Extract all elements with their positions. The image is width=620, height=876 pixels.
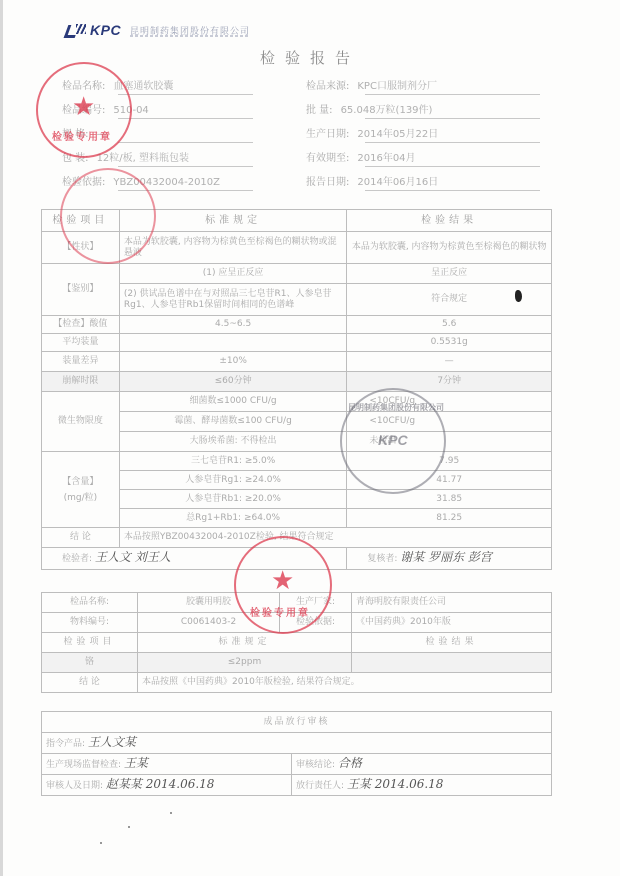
info-value: KPC口服制剂分厂 xyxy=(357,77,437,92)
release-title: 成品放行审核 xyxy=(42,712,552,733)
row-item: 【鉴别】 xyxy=(42,264,120,316)
release-label: 指令产品: xyxy=(46,739,85,749)
info-value: YBZ00432004-2010Z xyxy=(113,177,220,188)
info-value: 2014年06月16日 xyxy=(357,173,438,188)
info-underline xyxy=(365,118,540,119)
info-label: 检品来源: xyxy=(306,77,349,92)
release-signature: 王人文某 xyxy=(88,735,136,749)
material-table: 检品名称: 胶囊用明胶 生产厂家: 青海明胶有限责任公司 物料编号: C0061… xyxy=(41,592,552,693)
info-report-date: 报告日期: 2014年06月16日 xyxy=(306,172,438,188)
header-item: 检验项目 xyxy=(42,633,138,653)
info-value: 12粒/板, 塑料瓶包装 xyxy=(97,149,189,164)
company-logo: KPC xyxy=(66,22,121,38)
header-standard: 标准规定 xyxy=(138,633,352,653)
info-packaging: 包 装: 12粒/板, 塑料瓶包装 xyxy=(62,148,189,164)
row-result: — xyxy=(347,352,552,372)
info-value: — xyxy=(97,129,107,140)
header-result: 检验结果 xyxy=(352,633,552,653)
content-label: 【含量】 xyxy=(62,477,98,487)
header-standard: 标准规定 xyxy=(119,210,347,232)
release-cell: 放行责任人: 王某 2014.06.18 xyxy=(292,775,552,796)
logo-text: KPC xyxy=(90,22,121,38)
material-value: 胶囊用明胶 xyxy=(138,593,280,613)
row-item: 平均装量 xyxy=(42,334,120,352)
info-label: 检品名称: xyxy=(62,77,105,92)
row-standard: 人参皂苷Rb1: ≥20.0% xyxy=(119,490,347,509)
material-value: 青海明胶有限责任公司 xyxy=(352,593,552,613)
signature-row: 检验者: 王人文 刘王人 复核者: 谢某 罗丽东 彭宫 xyxy=(42,548,552,570)
row-result: <10CFU/g xyxy=(347,412,552,432)
row-standard: 人参皂苷Rg1: ≥24.0% xyxy=(119,471,347,490)
scan-speck xyxy=(170,812,172,814)
release-cell: 审核结论: 合格 xyxy=(292,754,552,775)
info-label: 有效期至: xyxy=(306,149,349,164)
material-label: 检验依据: xyxy=(280,613,352,633)
reviewer-signature: 谢某 罗丽东 彭宫 xyxy=(400,550,492,564)
row-standard: 大肠埃希菌: 不得检出 xyxy=(119,432,347,452)
release-table: 成品放行审核 指令产品: 王人文某 生产现场监督检查: 王某 审核结论: 合格 … xyxy=(41,711,552,796)
release-row: 生产现场监督检查: 王某 审核结论: 合格 xyxy=(42,754,552,775)
info-value: 2014年05月22日 xyxy=(357,125,438,140)
row-standard: (2) 供试品色谱中在与对照品三七皂苷R1、人参皂苷Rg1、人参皂苷Rb1保留时… xyxy=(119,284,347,316)
info-underline xyxy=(365,166,540,167)
info-product-name: 检品名称: 血塞通软胶囊 xyxy=(62,76,173,92)
row-item: 崩解时限 xyxy=(42,372,120,392)
release-signature: 赵某某 2014.06.18 xyxy=(106,777,215,791)
table-row: 【检查】酸值 4.5~6.5 5.6 xyxy=(42,316,552,334)
table-row: 崩解时限 ≤60分钟 7分钟 xyxy=(42,372,552,392)
row-item: 【检查】酸值 xyxy=(42,316,120,334)
info-label: 批 量: xyxy=(306,101,333,116)
row-result: 未检出 xyxy=(347,432,552,452)
material-value: 《中国药典》2010年版 xyxy=(352,613,552,633)
conclusion-text: 本品按照YBZ00432004-2010Z检验, 结果符合规定 xyxy=(119,528,551,548)
release-label: 审核人及日期: xyxy=(46,781,103,791)
release-cell: 指令产品: 王人文某 xyxy=(42,733,552,754)
kpc-logo-icon xyxy=(66,23,88,37)
row-item: 微生物限度 xyxy=(42,392,120,452)
row-standard: ±10% xyxy=(119,352,347,372)
row-standard: ≤2ppm xyxy=(138,653,352,673)
info-value: 510-04 xyxy=(113,105,148,116)
row-standard: ≤60分钟 xyxy=(119,372,347,392)
material-row: 检品名称: 胶囊用明胶 生产厂家: 青海明胶有限责任公司 xyxy=(42,593,552,613)
material-conclusion-row: 结 论 本品按照《中国药典》2010年版检验, 结果符合规定。 xyxy=(42,673,552,693)
release-cell: 审核人及日期: 赵某某 2014.06.18 xyxy=(42,775,292,796)
info-underline xyxy=(365,142,540,143)
info-batch-size: 批 量: 65.048万粒(139件) xyxy=(306,100,432,116)
material-header-row: 检验项目 标准规定 检验结果 xyxy=(42,633,552,653)
row-result: 本品为软胶囊, 内容物为棕黄色至棕褐色的糊状物 xyxy=(347,232,552,264)
table-row: 【含量】 (mg/粒) 三七皂苷R1: ≥5.0% 7.95 xyxy=(42,452,552,471)
content-unit: (mg/粒) xyxy=(64,493,98,503)
reviewer-cell: 复核者: 谢某 罗丽东 彭宫 xyxy=(347,548,552,570)
material-label: 检品名称: xyxy=(42,593,138,613)
info-label: 规 格: xyxy=(62,125,89,140)
info-test-basis: 检验依据: YBZ00432004-2010Z xyxy=(62,172,220,188)
row-standard: 三七皂苷R1: ≥5.0% xyxy=(119,452,347,471)
info-label: 检验依据: xyxy=(62,173,105,188)
table-row: 微生物限度 细菌数≤1000 CFU/g <10CFU/g xyxy=(42,392,552,412)
release-signature: 合格 xyxy=(338,756,362,770)
info-label: 检品编号: xyxy=(62,101,105,116)
release-row: 指令产品: 王人文某 xyxy=(42,733,552,754)
info-underline xyxy=(118,94,253,95)
row-standard: (1) 应呈正反应 xyxy=(119,264,347,284)
material-item-row: 铬 ≤2ppm xyxy=(42,653,552,673)
row-item: 装量差异 xyxy=(42,352,120,372)
release-label: 生产现场监督检查: xyxy=(46,760,121,770)
header-item: 检验项目 xyxy=(42,210,120,232)
table-row: 【性状】 本品为软胶囊, 内容物为棕黄色至棕褐色的糊状物或混悬液 本品为软胶囊,… xyxy=(42,232,552,264)
info-underline xyxy=(365,190,540,191)
header-result: 检验结果 xyxy=(347,210,552,232)
release-title-row: 成品放行审核 xyxy=(42,712,552,733)
row-standard: 本品按照《中国药典》2010年版检验, 结果符合规定。 xyxy=(138,673,552,693)
release-cell: 生产现场监督检查: 王某 xyxy=(42,754,292,775)
row-result: 7.95 xyxy=(347,452,552,471)
conclusion-value: 本品按照YBZ00432004-2010Z检验, 结果符合规定 xyxy=(124,532,334,542)
row-item: 【含量】 (mg/粒) xyxy=(42,452,120,528)
row-result xyxy=(352,653,552,673)
release-signature: 王某 xyxy=(124,756,148,770)
row-result: 5.6 xyxy=(347,316,552,334)
row-result: 31.85 xyxy=(347,490,552,509)
table-row: 装量差异 ±10% — xyxy=(42,352,552,372)
row-standard: 本品为软胶囊, 内容物为棕黄色至棕褐色的糊状物或混悬液 xyxy=(119,232,347,264)
table-row: 平均装量 0.5531g xyxy=(42,334,552,352)
results-table: 检验项目 标准规定 检验结果 【性状】 本品为软胶囊, 内容物为棕黄色至棕褐色的… xyxy=(41,209,552,570)
info-underline xyxy=(118,190,253,191)
report-title: 检验报告 xyxy=(0,47,620,68)
table-header-row: 检验项目 标准规定 检验结果 xyxy=(42,210,552,232)
row-standard: 4.5~6.5 xyxy=(119,316,347,334)
row-standard: 霉菌、酵母菌数≤100 CFU/g xyxy=(119,412,347,432)
release-row: 审核人及日期: 赵某某 2014.06.18 放行责任人: 王某 2014.06… xyxy=(42,775,552,796)
row-result: 81.25 xyxy=(347,509,552,528)
info-label: 报告日期: xyxy=(306,173,349,188)
info-product-number: 检品编号: 510-04 xyxy=(62,100,149,116)
row-result: <10CFU/g xyxy=(347,392,552,412)
conclusion-row: 结 论 本品按照YBZ00432004-2010Z检验, 结果符合规定 xyxy=(42,528,552,548)
row-result: 0.5531g xyxy=(347,334,552,352)
material-label: 物料编号: xyxy=(42,613,138,633)
info-value: 65.048万粒(139件) xyxy=(341,101,433,116)
row-result: 41.77 xyxy=(347,471,552,490)
info-underline xyxy=(118,142,253,143)
info-label: 包 装: xyxy=(62,149,89,164)
info-value: 血塞通软胶囊 xyxy=(113,77,173,92)
material-row: 物料编号: C0061403-2 检验依据: 《中国药典》2010年版 xyxy=(42,613,552,633)
ink-blot xyxy=(515,290,522,302)
release-label: 放行责任人: xyxy=(296,781,344,791)
row-item: 结 论 xyxy=(42,673,138,693)
reviewer-label: 复核者: xyxy=(367,554,397,564)
row-item: 铬 xyxy=(42,653,138,673)
info-production-date: 生产日期: 2014年05月22日 xyxy=(306,124,438,140)
inspection-report-page: KPC 昆明制药集团股份有限公司 检验报告 检品名称: 血塞通软胶囊 检品编号:… xyxy=(0,0,620,876)
company-subtitle xyxy=(130,35,250,37)
release-signature: 王某 2014.06.18 xyxy=(347,777,444,791)
info-underline xyxy=(118,166,253,167)
info-expiry-date: 有效期至: 2016年04月 xyxy=(306,148,416,164)
row-result: 7分钟 xyxy=(347,372,552,392)
row-standard xyxy=(119,334,347,352)
material-value: C0061403-2 xyxy=(138,613,280,633)
star-icon: ★ xyxy=(271,568,294,594)
info-underline xyxy=(118,118,253,119)
info-label: 生产日期: xyxy=(306,125,349,140)
info-specification: 规 格: — xyxy=(62,124,107,140)
info-sample-source: 检品来源: KPC口服制剂分厂 xyxy=(306,76,437,92)
inspector-signature: 王人文 刘王人 xyxy=(95,550,171,564)
table-row: 【鉴别】 (1) 应呈正反应 呈正反应 xyxy=(42,264,552,284)
row-standard: 细菌数≤1000 CFU/g xyxy=(119,392,347,412)
conclusion-label: 结 论 xyxy=(42,528,120,548)
row-standard: 总Rg1+Rb1: ≥64.0% xyxy=(119,509,347,528)
material-label: 生产厂家: xyxy=(280,593,352,613)
scan-edge xyxy=(0,0,3,876)
scan-speck xyxy=(128,826,130,828)
release-label: 审核结论: xyxy=(296,760,335,770)
inspector-label: 检验者: xyxy=(62,554,92,564)
row-result: 呈正反应 xyxy=(347,264,552,284)
inspector-cell: 检验者: 王人文 刘王人 xyxy=(42,548,347,570)
info-underline xyxy=(365,94,540,95)
info-value: 2016年04月 xyxy=(357,149,415,164)
scan-speck xyxy=(100,842,102,844)
row-item: 【性状】 xyxy=(42,232,120,264)
